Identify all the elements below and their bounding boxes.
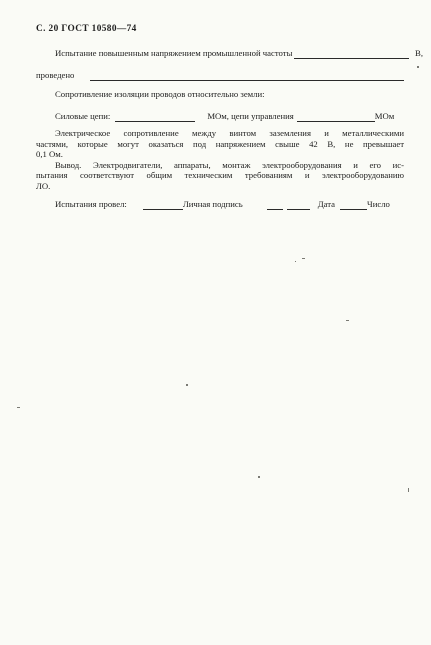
- date-blank-field: [340, 202, 367, 210]
- date-label: Дата: [318, 199, 335, 210]
- scan-speck: [417, 66, 419, 68]
- scan-speck: [186, 384, 188, 386]
- conclusion-line3: ЛО.: [36, 181, 404, 192]
- voltage-test-line: Испытание повышенным напряжением промышл…: [36, 48, 423, 59]
- scan-speck: [346, 320, 349, 321]
- conducted-label: проведено: [36, 70, 74, 81]
- power-circuits-blank-field: [115, 114, 195, 122]
- resistance-note-line2: частями, которые могут оказаться под нап…: [36, 139, 404, 150]
- resistance-note-line1: Электрическое сопротивление между винтом…: [36, 128, 404, 139]
- tester-label: Испытания провел:: [55, 199, 127, 210]
- tester-name-blank-field: [143, 202, 183, 210]
- signature-label: Личная подпись: [183, 199, 243, 210]
- conclusion-line2: пытания соответствуют общим техническим …: [36, 170, 404, 181]
- circuits-line: Силовые цепи: МОм, цепи управления МОм: [36, 111, 423, 122]
- insulation-heading: Сопротивление изоляции проводов относите…: [36, 89, 423, 100]
- voltage-test-label: Испытание повышенным напряжением промышл…: [55, 48, 292, 59]
- conducted-line: проведено: [36, 70, 404, 81]
- document-page: С. 20 ГОСТ 10580—74 Испытание повышенным…: [0, 0, 431, 645]
- voltage-unit-label: В,: [415, 48, 423, 59]
- control-unit-label: МОм: [375, 111, 395, 122]
- scan-speck: [408, 488, 409, 492]
- scan-speck: [295, 261, 296, 262]
- voltage-blank-field: [294, 51, 409, 59]
- power-unit-control-label: МОм, цепи управления: [207, 111, 293, 122]
- page-header: С. 20 ГОСТ 10580—74: [36, 24, 404, 35]
- power-circuits-label: Силовые цепи:: [55, 111, 110, 122]
- number-label: Число: [367, 199, 390, 210]
- scan-speck: [17, 407, 20, 408]
- resistance-note-line3: 0,1 Ом.: [36, 149, 404, 160]
- conclusion-line1: Вывод. Электродвигатели, аппараты, монта…: [36, 160, 404, 171]
- conducted-blank-field: [90, 73, 404, 81]
- signature-blank-field-2: [287, 202, 310, 210]
- control-circuits-blank-field: [297, 114, 375, 122]
- tester-line: Испытания провел: Личная подпись Дата Чи…: [36, 199, 423, 210]
- scan-speck: [258, 476, 260, 478]
- body-paragraphs: Электрическое сопротивление между винтом…: [36, 128, 404, 192]
- scan-speck: [302, 258, 305, 259]
- signature-blank-field-1: [267, 202, 283, 210]
